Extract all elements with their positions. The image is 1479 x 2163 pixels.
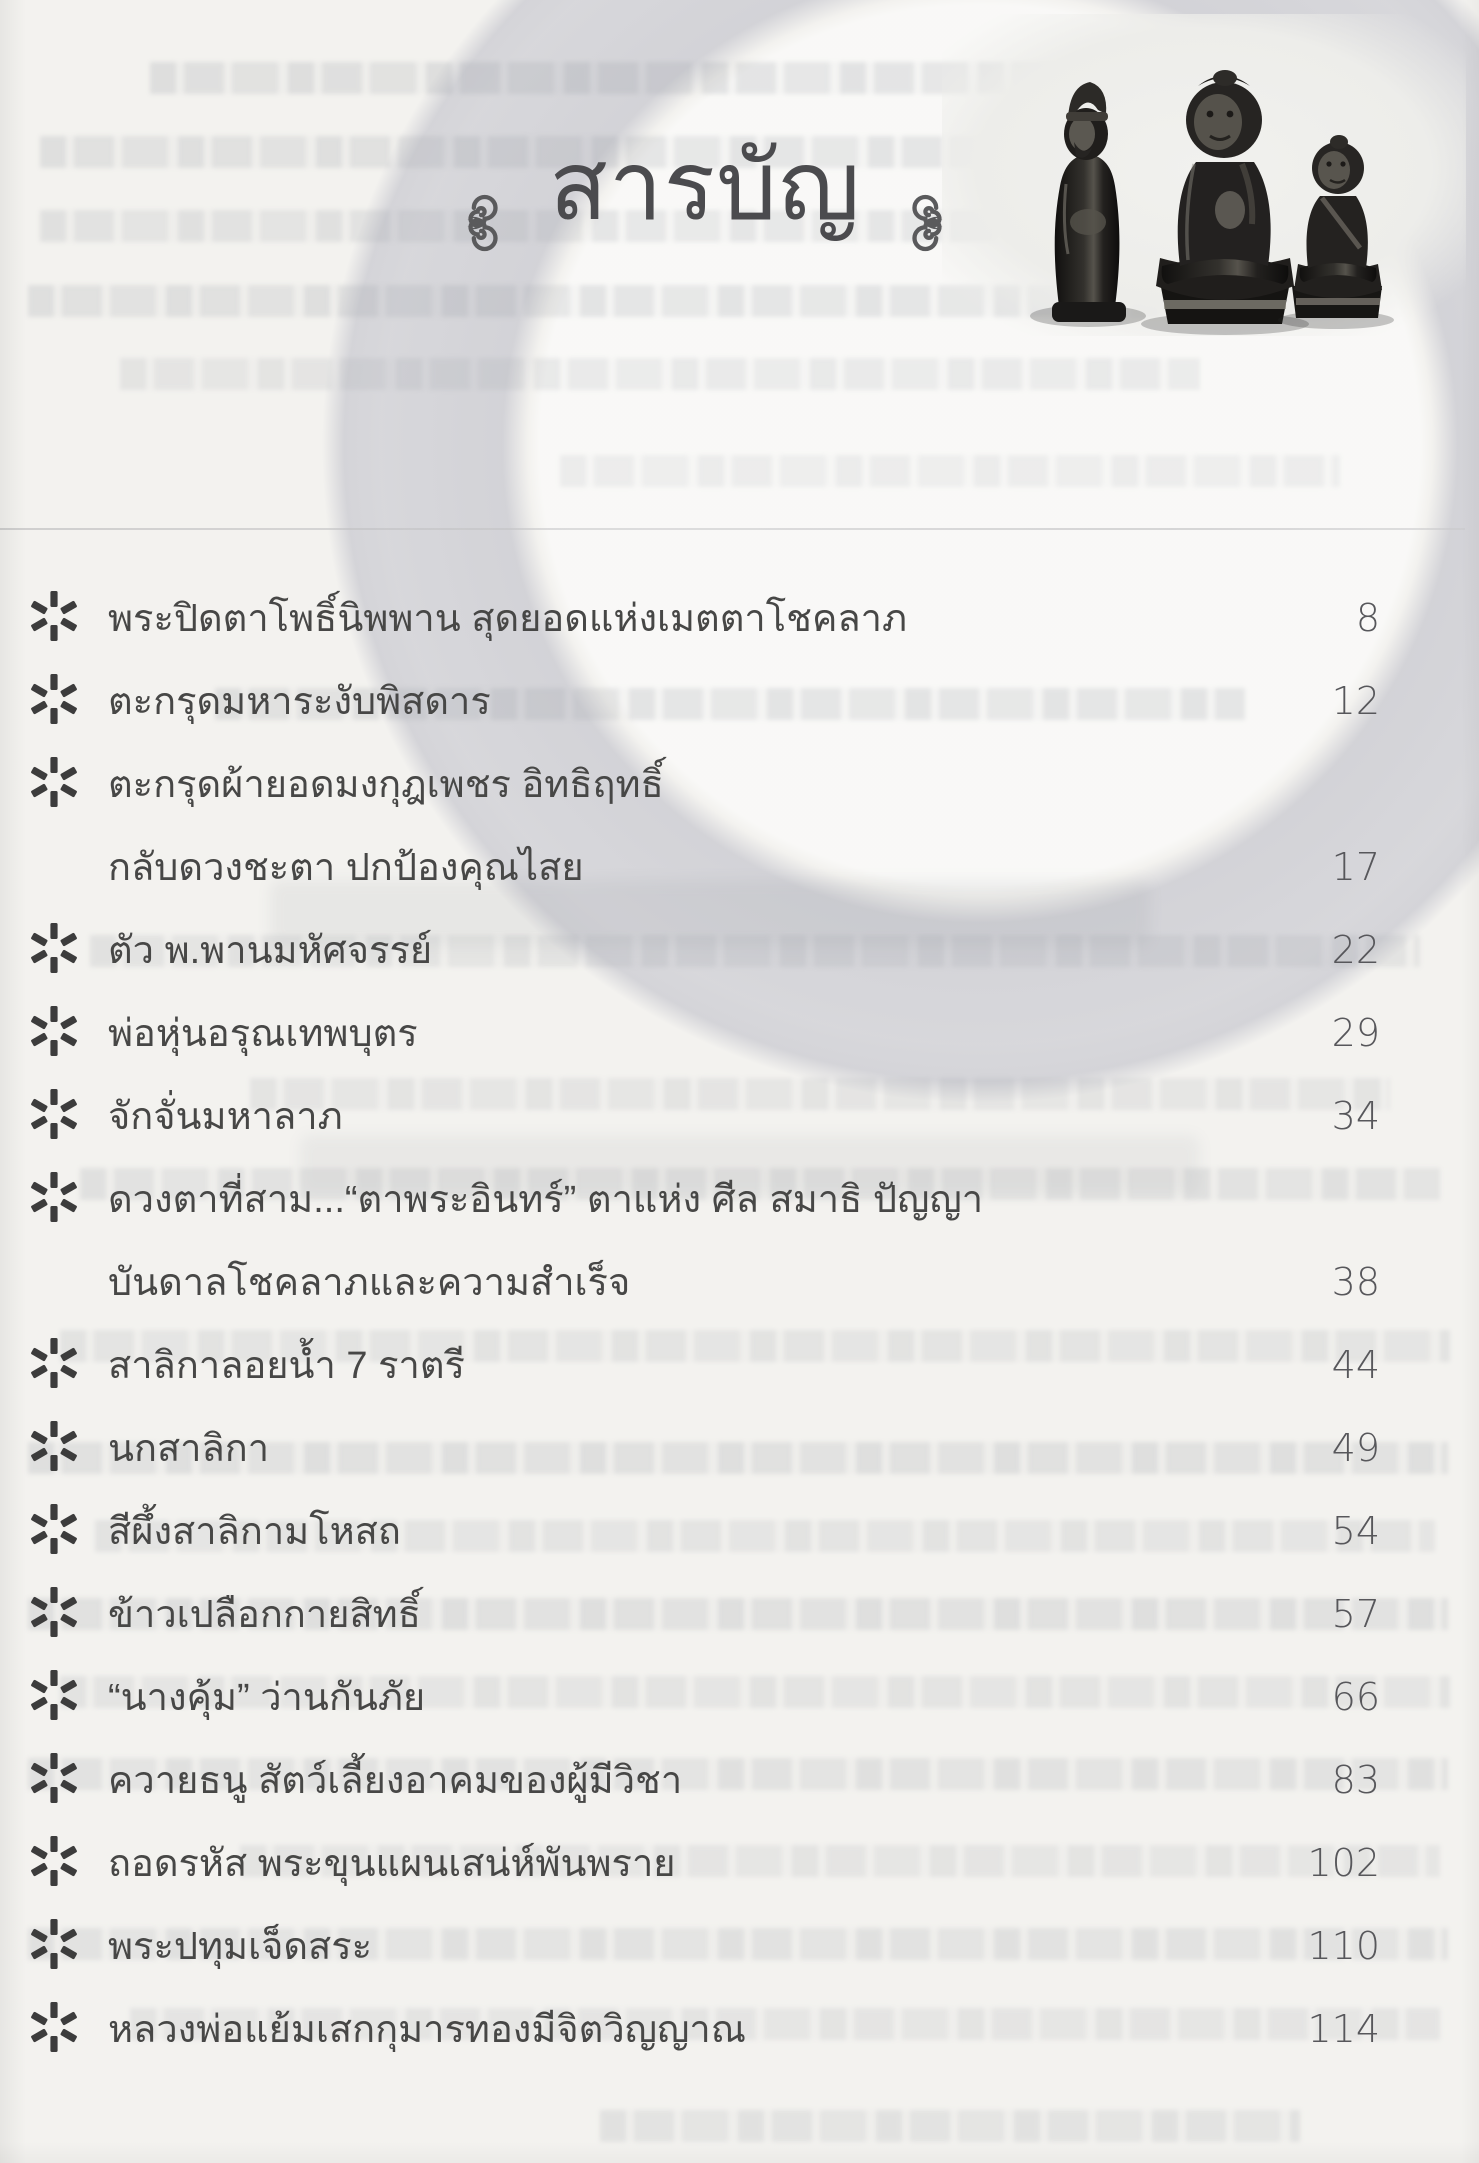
toc-entry: ควายธนู สัตว์เลี้ยงอาคมของผู้มีวิชา 83 [30, 1738, 1380, 1821]
asterisk-bullet-icon [30, 2001, 78, 2053]
toc-line: ตัว พ.พานมหัศจรรย์ 22 [30, 908, 1380, 991]
toc-line: ดวงตาที่สาม...“ตาพระอินทร์” ตาแห่ง ศีล ส… [30, 1157, 1380, 1240]
asterisk-bullet-icon [30, 1503, 78, 1555]
toc-entry-title: พ่อหุ่นอรุณเทพบุตร [108, 1002, 1260, 1063]
asterisk-bullet-icon [30, 1420, 78, 1472]
toc-entry-title: สาลิกาลอยน้ำ 7 ราตรี [108, 1334, 1260, 1395]
toc-entry-page-number: 102 [1260, 1841, 1380, 1885]
toc-entry-page-number: 57 [1260, 1592, 1380, 1636]
toc-line: ควายธนู สัตว์เลี้ยงอาคมของผู้มีวิชา 83 [30, 1738, 1380, 1821]
asterisk-bullet-icon [30, 1835, 78, 1887]
asterisk-bullet-icon [30, 1586, 78, 1638]
toc-line: พระปิดตาโพธิ์นิพพาน สุดยอดแห่งเมตตาโชคลา… [30, 576, 1380, 659]
toc-entry: ตะกรุดมหาระงับพิสดาร 12 [30, 659, 1380, 742]
ghost-showthrough [120, 358, 1200, 390]
toc-entry-page-number: 8 [1260, 596, 1380, 640]
toc-entry-title: นกสาลิกา [108, 1417, 1260, 1478]
toc-line: ตะกรุดมหาระงับพิสดาร 12 [30, 659, 1380, 742]
toc-entry-title: “นางคุ้ม” ว่านกันภัย [108, 1666, 1260, 1727]
toc-line: สาลิกาลอยน้ำ 7 ราตรี 44 [30, 1323, 1380, 1406]
toc-entry-page-number: 49 [1260, 1426, 1380, 1470]
toc-entry-page-number: 17 [1260, 845, 1380, 889]
toc-line: “นางคุ้ม” ว่านกันภัย 66 [30, 1655, 1380, 1738]
asterisk-bullet-icon [30, 756, 78, 808]
ghost-showthrough [600, 2110, 1300, 2142]
fleuron-ornament-icon [463, 190, 515, 256]
asterisk-bullet-icon [30, 1088, 78, 1140]
toc-entry: “นางคุ้ม” ว่านกันภัย 66 [30, 1655, 1380, 1738]
toc-entry: หลวงพ่อแย้มเสกกุมารทองมีจิตวิญญาณ 114 [30, 1987, 1380, 2070]
toc-entry: ข้าวเปลือกกายสิทธิ์ 57 [30, 1572, 1380, 1655]
toc-line: พ่อหุ่นอรุณเทพบุตร 29 [30, 991, 1380, 1074]
toc-line: ข้าวเปลือกกายสิทธิ์ 57 [30, 1572, 1380, 1655]
scanned-book-page: สารบัญ [0, 0, 1479, 2163]
toc-entry-page-number: 34 [1260, 1094, 1380, 1138]
toc-entry-page-number: 83 [1260, 1758, 1380, 1802]
toc-line: หลวงพ่อแย้มเสกกุมารทองมีจิตวิญญาณ 114 [30, 1987, 1380, 2070]
amulet-figurines-photo [942, 14, 1466, 336]
toc-line: ตะกรุดผ้ายอดมงกุฎเพชร อิทธิฤทธิ์ [30, 742, 1380, 825]
toc-entry-title: ถอดรหัส พระขุนแผนเสน่ห์พันพราย [108, 1832, 1260, 1893]
toc-entry-title: พระปิดตาโพธิ์นิพพาน สุดยอดแห่งเมตตาโชคลา… [108, 587, 1260, 648]
toc-entry: พระปิดตาโพธิ์นิพพาน สุดยอดแห่งเมตตาโชคลา… [30, 576, 1380, 659]
toc-entry-page-number: 114 [1260, 2007, 1380, 2051]
toc-line: นกสาลิกา 49 [30, 1406, 1380, 1489]
toc-line: บันดาลโชคลาภและความสำเร็จ 38 [30, 1240, 1380, 1323]
toc-entry: ตัว พ.พานมหัศจรรย์ 22 [30, 908, 1380, 991]
toc-line: สีผึ้งสาลิกามโหสถ 54 [30, 1489, 1380, 1572]
toc-entry: พระปทุมเจ็ดสระ 110 [30, 1904, 1380, 1987]
asterisk-bullet-icon [30, 1918, 78, 1970]
fleuron-ornament-icon [895, 190, 947, 256]
page-title: สารบัญ [549, 112, 861, 262]
toc-entry-title: ตะกรุดมหาระงับพิสดาร [108, 670, 1260, 731]
toc-entry-page-number: 12 [1260, 679, 1380, 723]
asterisk-bullet-icon [30, 673, 78, 725]
toc-entry-page-number: 66 [1260, 1675, 1380, 1719]
toc-entry-title: ตะกรุดผ้ายอดมงกุฎเพชร อิทธิฤทธิ์ [108, 753, 1260, 814]
toc-entry-page-number: 54 [1260, 1509, 1380, 1553]
asterisk-bullet-icon [30, 1171, 78, 1223]
asterisk-bullet-icon [30, 1669, 78, 1721]
page-crease-line [0, 528, 1465, 530]
toc-entry: ตะกรุดผ้ายอดมงกุฎเพชร อิทธิฤทธิ์ กลับดวง… [30, 742, 1380, 908]
toc-line: พระปทุมเจ็ดสระ 110 [30, 1904, 1380, 1987]
asterisk-bullet-icon [30, 1337, 78, 1389]
asterisk-bullet-icon [30, 1752, 78, 1804]
toc-entry-title: ดวงตาที่สาม...“ตาพระอินทร์” ตาแห่ง ศีล ส… [108, 1168, 1260, 1229]
toc-line: จักจั่นมหาลาภ 34 [30, 1074, 1380, 1157]
asterisk-bullet-icon [30, 1005, 78, 1057]
toc-entry: พ่อหุ่นอรุณเทพบุตร 29 [30, 991, 1380, 1074]
toc-entry: จักจั่นมหาลาภ 34 [30, 1074, 1380, 1157]
asterisk-bullet-icon [30, 922, 78, 974]
toc-entry: ดวงตาที่สาม...“ตาพระอินทร์” ตาแห่ง ศีล ส… [30, 1157, 1380, 1323]
toc-entry-title: สีผึ้งสาลิกามโหสถ [108, 1500, 1260, 1561]
ghost-showthrough [560, 455, 1340, 487]
toc-entry-title: หลวงพ่อแย้มเสกกุมารทองมีจิตวิญญาณ [108, 1998, 1260, 2059]
toc-entry-page-number: 22 [1260, 928, 1380, 972]
asterisk-bullet-icon [30, 590, 78, 642]
toc-entry: นกสาลิกา 49 [30, 1406, 1380, 1489]
toc-entry-title: พระปทุมเจ็ดสระ [108, 1915, 1260, 1976]
toc-entry: สีผึ้งสาลิกามโหสถ 54 [30, 1489, 1380, 1572]
toc-entry-title: ข้าวเปลือกกายสิทธิ์ [108, 1583, 1260, 1644]
toc-entry: ถอดรหัส พระขุนแผนเสน่ห์พันพราย 102 [30, 1821, 1380, 1904]
toc-entry-title: ตัว พ.พานมหัศจรรย์ [108, 919, 1260, 980]
toc-entry-page-number: 29 [1260, 1011, 1380, 1055]
toc-line: กลับดวงชะตา ปกป้องคุณไสย 17 [30, 825, 1380, 908]
toc-line: ถอดรหัส พระขุนแผนเสน่ห์พันพราย 102 [30, 1821, 1380, 1904]
toc-entry-title: บันดาลโชคลาภและความสำเร็จ [108, 1251, 1260, 1312]
toc-entry: สาลิกาลอยน้ำ 7 ราตรี 44 [30, 1323, 1380, 1406]
toc-entry-title: กลับดวงชะตา ปกป้องคุณไสย [108, 836, 1260, 897]
toc-list: พระปิดตาโพธิ์นิพพาน สุดยอดแห่งเมตตาโชคลา… [30, 576, 1380, 2070]
toc-entry-page-number: 44 [1260, 1343, 1380, 1387]
toc-entry-page-number: 38 [1260, 1260, 1380, 1304]
toc-entry-page-number: 110 [1260, 1924, 1380, 1968]
toc-entry-title: จักจั่นมหาลาภ [108, 1085, 1260, 1146]
toc-entry-title: ควายธนู สัตว์เลี้ยงอาคมของผู้มีวิชา [108, 1749, 1260, 1810]
